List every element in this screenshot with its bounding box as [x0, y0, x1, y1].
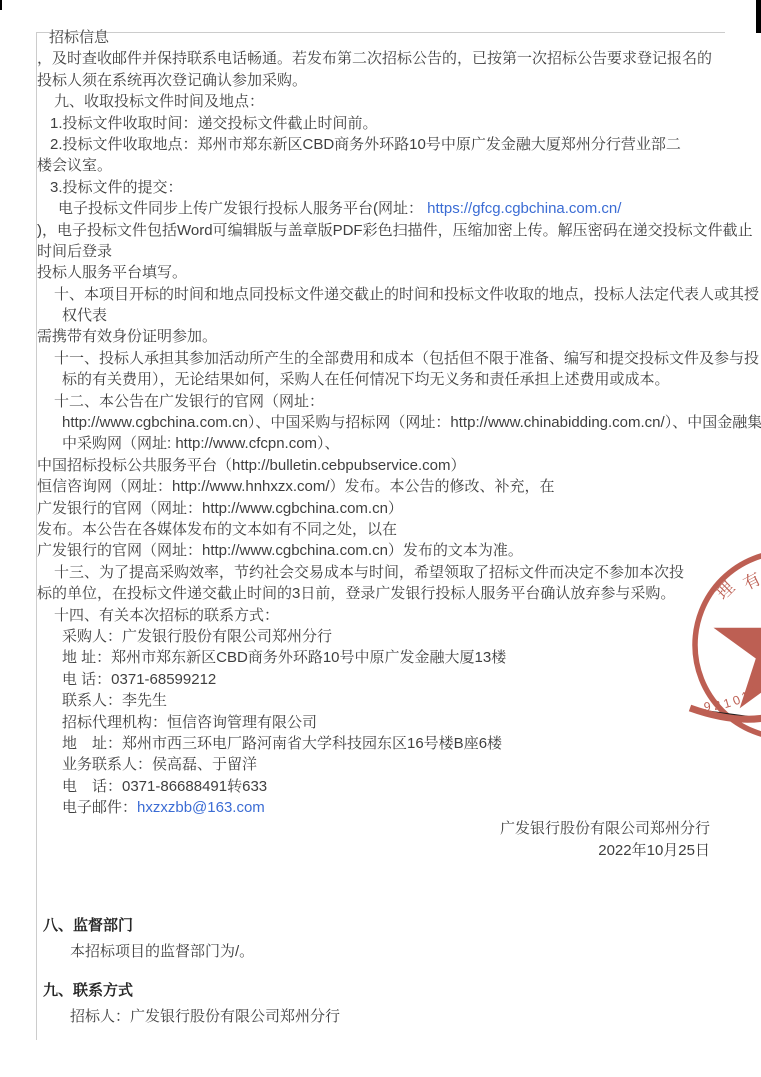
- text-line: 电 话：0371-68599212: [62, 669, 737, 690]
- text-run: http://www.cgbchina.com.cn）、中国采购与招标网（网址：…: [62, 414, 761, 431]
- text-run: 投标人服务平台填写。: [37, 264, 187, 281]
- screen-edge-mark-top-left: [0, 0, 2, 10]
- text-run: 投标人须在系统再次登记确认参加采购。: [37, 72, 307, 89]
- text-run: 广发银行的官网（网址：http://www.cgbchina.com.cn）: [37, 500, 403, 517]
- text-run: 需携带有效身份证明参加。: [37, 328, 217, 345]
- text-run: 地 址：郑州市西三环电厂路河南省大学科技园东区16号楼B座6楼: [62, 735, 502, 752]
- text-run: 十一、投标人承担其参加活动所产生的全部费用和成本（包括但不限于准备、编写和提交投…: [54, 350, 759, 367]
- text-run: 电子投标文件同步上传广发银行投标人服务平台(网址：: [58, 200, 427, 217]
- text-run: 3.投标文件的提交：: [50, 179, 183, 196]
- text-line: 广发银行股份有限公司郑州分行: [37, 818, 710, 839]
- text-line: 十一、投标人承担其参加活动所产生的全部费用和成本（包括但不限于准备、编写和提交投…: [54, 348, 737, 369]
- text-run: 地 址：郑州市郑东新区CBD商务外环路10号中原广发金融大厦13楼: [62, 649, 506, 666]
- text-run: 权代表: [62, 307, 107, 324]
- text-line: 招标信息: [49, 27, 737, 48]
- text-run: 九、收取投标文件时间及地点：: [54, 93, 264, 110]
- screen-edge-mark-top-right: [756, 0, 761, 33]
- bottom-sections: 八、监督部门本招标项目的监督部门为/。九、联系方式招标人：广发银行股份有限公司郑…: [37, 915, 727, 1028]
- document-lines: 招标信息，及时查收邮件并保持联系电话畅通。若发布第二次招标公告的，已按第一次招标…: [37, 27, 737, 861]
- text-line: 业务联系人：侯高磊、于留洋: [62, 754, 737, 775]
- text-line: 投标人服务平台填写。: [37, 262, 737, 283]
- text-line: 中采购网（网址: http://www.cfcpn.com）、: [62, 433, 737, 454]
- text-run: 联系人：李先生: [62, 692, 167, 709]
- text-run: 恒信咨询网（网址：http://www.hnhxzx.com/）发布。本公告的修…: [37, 478, 555, 495]
- text-line: 标的有关费用），无论结果如何，采购人在任何情况下均无义务和责任承担上述费用或成本…: [62, 369, 737, 390]
- text-line: 十二、本公告在广发银行的官网（网址：: [54, 391, 737, 412]
- text-run: 1.投标文件收取时间：递交投标文件截止时间前。: [50, 115, 378, 132]
- text-run: 中采购网（网址: http://www.cfcpn.com）、: [62, 435, 340, 452]
- text-line: 广发银行的官网（网址：http://www.cgbchina.com.cn）: [37, 498, 737, 519]
- text-line: 中国招标投标公共服务平台（http://bulletin.cebpubservi…: [37, 455, 737, 476]
- seal-ring-char: 有: [740, 569, 761, 594]
- text-line: 地 址：郑州市西三环电厂路河南省大学科技园东区16号楼B座6楼: [62, 733, 737, 754]
- text-line: 十、本项目开标的时间和地点同投标文件递交截止的时间和投标文件收取的地点，投标人法…: [54, 284, 737, 305]
- text-line: 电子邮件：hxzxzbb@163.com: [62, 797, 737, 818]
- text-line: 恒信咨询网（网址：http://www.hnhxzx.com/）发布。本公告的修…: [37, 476, 737, 497]
- text-run: 时间后登录: [37, 243, 112, 260]
- text-run: 电 话：0371-68599212: [62, 671, 216, 688]
- section: 八、监督部门本招标项目的监督部门为/。: [37, 915, 727, 963]
- text-line: 电子投标文件同步上传广发银行投标人服务平台(网址： https://gfcg.c…: [58, 198, 737, 219]
- text-run: 发布。本公告在各媒体发布的文本如有不同之处，以在: [37, 521, 397, 538]
- text-run: 采购人：广发银行股份有限公司郑州分行: [62, 628, 332, 645]
- text-line: 2022年10月25日: [37, 840, 710, 861]
- text-run: 招标代理机构：恒信咨询管理有限公司: [62, 714, 317, 731]
- text-line: 电 话：0371-86688491转633: [62, 776, 737, 797]
- text-line: 标的单位，在投标文件递交截止时间的3日前，登录广发银行投标人服务平台确认放弃参与…: [37, 583, 737, 604]
- text-run: 广发银行的官网（网址：http://www.cgbchina.com.cn）发布…: [37, 542, 523, 559]
- text-line: 时间后登录: [37, 241, 737, 262]
- text-line: ，及时查收邮件并保持联系电话畅通。若发布第二次招标公告的，已按第一次招标公告要求…: [37, 48, 737, 69]
- text-line: 十三、为了提高采购效率，节约社会交易成本与时间，希望领取了招标文件而决定不参加本…: [54, 562, 737, 583]
- section-heading: 九、联系方式: [43, 980, 727, 1002]
- text-run: ，及时查收邮件并保持联系电话畅通。若发布第二次招标公告的，已按第一次招标公告要求…: [37, 50, 712, 67]
- text-line: 需携带有效身份证明参加。: [37, 326, 737, 347]
- text-line: 1.投标文件收取时间：递交投标文件截止时间前。: [50, 113, 737, 134]
- text-line: 发布。本公告在各媒体发布的文本如有不同之处，以在: [37, 519, 737, 540]
- text-line: 投标人须在系统再次登记确认参加采购。: [37, 70, 737, 91]
- text-run: 十、本项目开标的时间和地点同投标文件递交截止的时间和投标文件收取的地点，投标人法…: [54, 286, 759, 303]
- hyperlink[interactable]: hxzxzbb@163.com: [137, 799, 265, 816]
- text-line: 招标代理机构：恒信咨询管理有限公司: [62, 712, 737, 733]
- text-line: 采购人：广发银行股份有限公司郑州分行: [62, 626, 737, 647]
- section-body: 本招标项目的监督部门为/。: [70, 941, 727, 963]
- text-run: 电 话：0371-86688491转633: [62, 778, 267, 795]
- text-run: 中国招标投标公共服务平台（http://bulletin.cebpubservi…: [37, 457, 465, 474]
- text-line: http://www.cgbchina.com.cn）、中国采购与招标网（网址：…: [62, 412, 737, 433]
- text-line: 广发银行的官网（网址：http://www.cgbchina.com.cn）发布…: [37, 540, 737, 561]
- hyperlink[interactable]: https://gfcg.cgbchina.com.cn/: [427, 200, 621, 217]
- text-run: 十四、有关本次招标的联系方式：: [54, 607, 279, 624]
- text-run: 十三、为了提高采购效率，节约社会交易成本与时间，希望领取了招标文件而决定不参加本…: [54, 564, 684, 581]
- text-line: 3.投标文件的提交：: [50, 177, 737, 198]
- text-run: 2.投标文件收取地点：郑州市郑东新区CBD商务外环路10号中原广发金融大厦郑州分…: [50, 136, 681, 153]
- text-run: 标的单位，在投标文件递交截止时间的3日前，登录广发银行投标人服务平台确认放弃参与…: [37, 585, 675, 602]
- text-line: 2.投标文件收取地点：郑州市郑东新区CBD商务外环路10号中原广发金融大厦郑州分…: [50, 134, 737, 155]
- text-line: 权代表: [62, 305, 737, 326]
- text-run: 十二、本公告在广发银行的官网（网址：: [54, 393, 324, 410]
- section: 九、联系方式招标人：广发银行股份有限公司郑州分行: [37, 980, 727, 1028]
- text-line: )，电子投标文件包括Word可编辑版与盖章版PDF彩色扫描件，压缩加密上传。解压…: [37, 220, 737, 241]
- text-run: 标的有关费用），无论结果如何，采购人在任何情况下均无义务和责任承担上述费用或成本…: [62, 371, 670, 388]
- text-line: 十四、有关本次招标的联系方式：: [54, 605, 737, 626]
- text-run: 电子邮件：: [62, 799, 137, 816]
- text-line: 九、收取投标文件时间及地点：: [54, 91, 737, 112]
- section-body: 招标人：广发银行股份有限公司郑州分行: [70, 1006, 727, 1028]
- text-run: )，电子投标文件包括Word可编辑版与盖章版PDF彩色扫描件，压缩加密上传。解压…: [37, 222, 753, 239]
- text-run: 楼会议室。: [37, 157, 112, 174]
- text-line: 地 址：郑州市郑东新区CBD商务外环路10号中原广发金融大厦13楼: [62, 647, 737, 668]
- text-run: 业务联系人：侯高磊、于留洋: [62, 756, 257, 773]
- text-run: 广发银行股份有限公司郑州分行: [500, 820, 710, 837]
- text-line: 联系人：李先生: [62, 690, 737, 711]
- section-heading: 八、监督部门: [43, 915, 727, 937]
- text-line: 楼会议室。: [37, 155, 737, 176]
- text-run: 2022年10月25日: [598, 842, 710, 859]
- text-run: 招标信息: [49, 29, 109, 46]
